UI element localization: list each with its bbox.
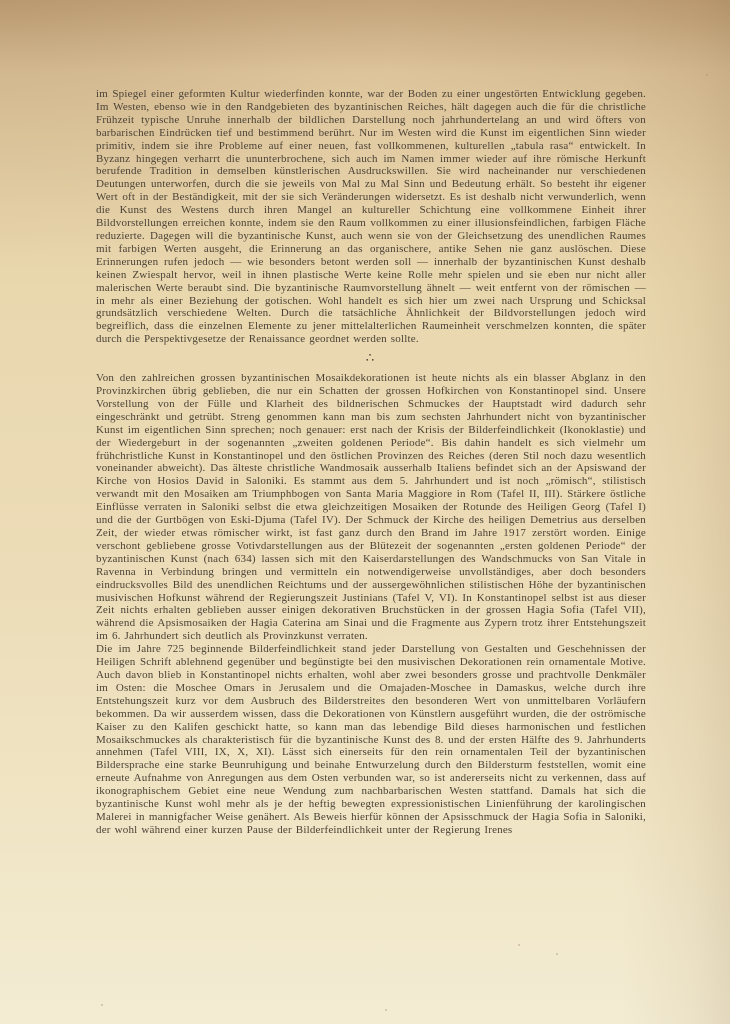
paragraph-3: Von den zahlreichen grossen byzantinisch… [96, 372, 646, 643]
section-separator-ornament: ∴ [96, 352, 646, 365]
paper-speck [556, 953, 558, 955]
page-text-block: im Spiegel einer geformten Kultur wieder… [96, 88, 646, 837]
paper-speck [706, 74, 708, 76]
paper-speck [385, 1009, 387, 1011]
paper-speck [518, 944, 520, 946]
scanned-book-page: { "page": { "colors": { "paper_top": "#c… [0, 0, 730, 1024]
paper-speck [101, 1004, 103, 1006]
paragraph-1: im Spiegel einer geformten Kultur wieder… [96, 88, 646, 346]
paragraph-4: Die im Jahre 725 beginnende Bilderfeindl… [96, 643, 646, 837]
